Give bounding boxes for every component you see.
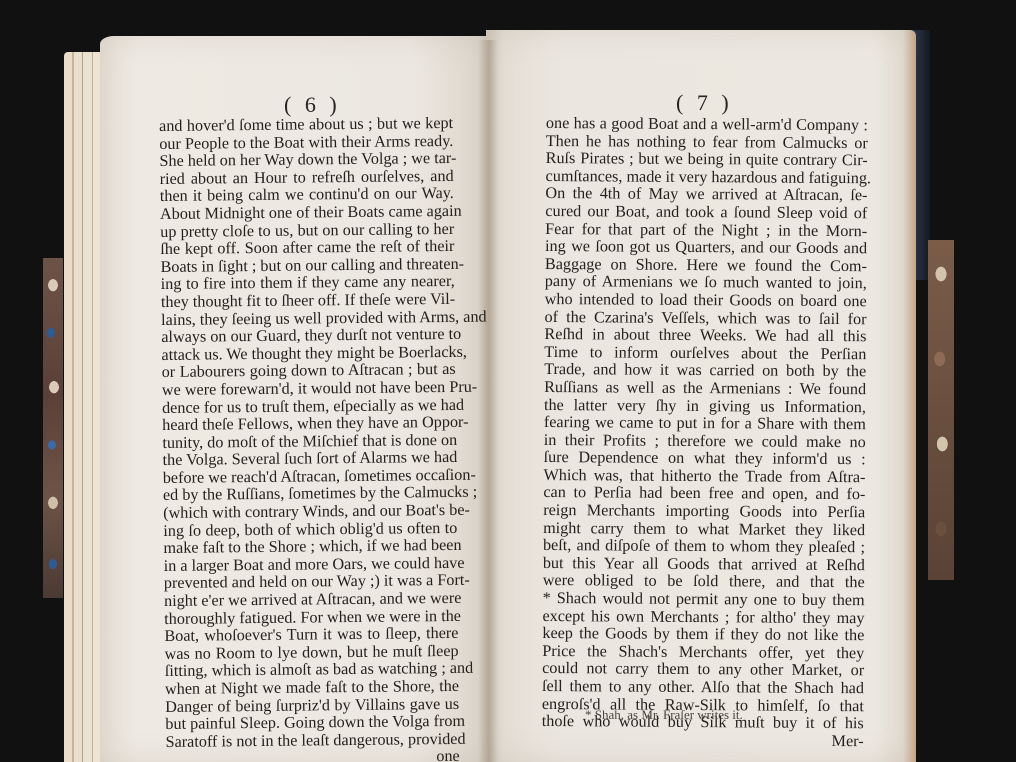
left-page-number: ( 6 ) bbox=[284, 92, 341, 118]
book-gutter bbox=[478, 40, 498, 762]
left-page-text: and hover'd ſome time about us ; but we … bbox=[159, 115, 460, 762]
right-page-number: ( 7 ) bbox=[676, 90, 733, 116]
marbled-board-right bbox=[928, 240, 954, 580]
marbled-board-left bbox=[43, 258, 63, 598]
text-line: Saratoff is not in the leaſt dangerous, … bbox=[165, 731, 459, 752]
book-photo: ( 6 ) ( 7 ) and hover'd ſome time about … bbox=[0, 0, 1016, 762]
catchword: Mer- bbox=[542, 731, 864, 751]
right-page-text: one has a good Boat and a well-arm'd Com… bbox=[542, 115, 868, 751]
footnote: * Shah, as Mr. Fraſer writes it. bbox=[585, 707, 743, 723]
